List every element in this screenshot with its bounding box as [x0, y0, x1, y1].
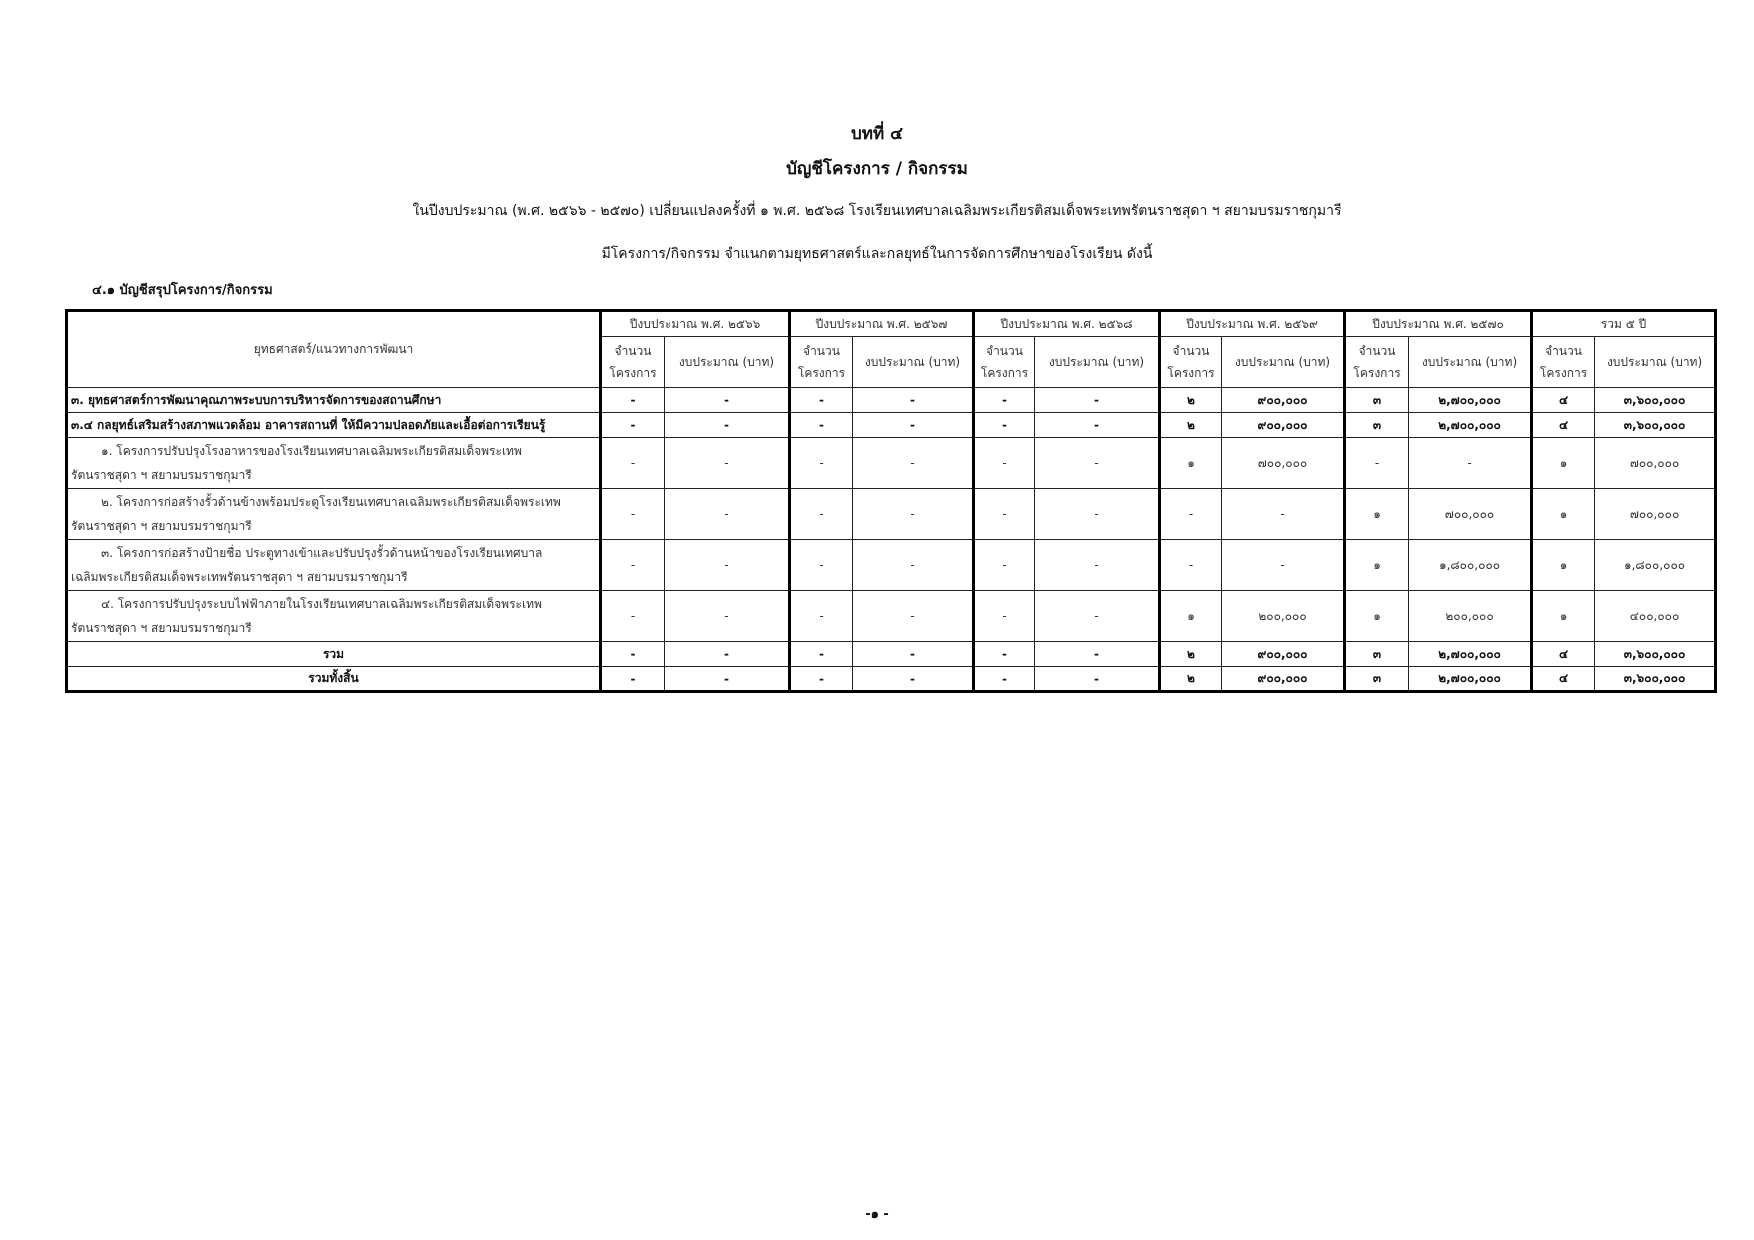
subtotal-label: รวม	[67, 642, 601, 667]
header-total-5-years: รวม ๕ ปี	[1532, 311, 1716, 337]
project-count-cell: -	[601, 438, 665, 489]
header-project-count: จำนวน โครงการ	[974, 337, 1035, 388]
table-row: ๓.๔ กลยุทธ์เสริมสร้างสภาพแวดล้อม อาคารสถ…	[67, 413, 1716, 438]
header-year-2568: ปีงบประมาณ พ.ศ. ๒๕๖๘	[974, 311, 1160, 337]
project-count-cell: -	[790, 642, 853, 667]
project-count-cell: -	[974, 591, 1035, 642]
table-row: ๒. โครงการก่อสร้างรั้วด้านข้างพร้อมประตู…	[67, 489, 1716, 540]
project-count-cell: -	[974, 489, 1035, 540]
budget-cell: -	[853, 591, 974, 642]
project-count-cell: -	[601, 388, 665, 413]
project-count-cell: -	[601, 642, 665, 667]
project-name-line-2: รัตนราชสุดา ฯ สยามบรมราชกุมารี	[71, 463, 595, 487]
budget-cell: ๒,๗๐๐,๐๐๐	[1409, 388, 1532, 413]
project-count-cell: -	[790, 489, 853, 540]
project-count-cell: -	[601, 667, 665, 692]
budget-cell: ๙๐๐,๐๐๐	[1222, 642, 1345, 667]
budget-cell: ๗๐๐,๐๐๐	[1222, 438, 1345, 489]
budget-cell: ๙๐๐,๐๐๐	[1222, 413, 1345, 438]
table-row: ๓. โครงการก่อสร้างป้ายชื่อ ประตูทางเข้าแ…	[67, 540, 1716, 591]
table-body: ๓. ยุทธศาสตร์การพัฒนาคุณภาพระบบการบริหาร…	[67, 388, 1716, 692]
budget-cell: -	[1409, 438, 1532, 489]
project-name-line-1: ๓. โครงการก่อสร้างป้ายชื่อ ประตูทางเข้าแ…	[101, 546, 542, 560]
budget-cell: -	[1035, 388, 1160, 413]
budget-cell: -	[665, 489, 790, 540]
header-budget: งบประมาณ (บาท)	[1222, 337, 1345, 388]
project-count-cell: ๑	[1345, 540, 1409, 591]
project-count-cell: -	[601, 591, 665, 642]
project-count-cell: -	[1160, 540, 1222, 591]
project-count-cell: ๑	[1160, 591, 1222, 642]
budget-cell: ๓,๖๐๐,๐๐๐	[1595, 388, 1716, 413]
project-count-cell: -	[601, 413, 665, 438]
budget-cell: -	[1222, 489, 1345, 540]
project-count-cell: ๑	[1532, 540, 1595, 591]
budget-cell: -	[853, 489, 974, 540]
project-count-cell: ๔	[1532, 642, 1595, 667]
project-count-cell: -	[601, 540, 665, 591]
header-project-count: จำนวน โครงการ	[1160, 337, 1222, 388]
header-strategy: ยุทธศาสตร์/แนวทางการพัฒนา	[67, 311, 601, 388]
project-count-cell: -	[974, 413, 1035, 438]
project-name: ๔. โครงการปรับปรุงระบบไฟฟ้าภายในโรงเรียน…	[67, 591, 601, 642]
table-row: รวมทั้งสิ้น------๒๙๐๐,๐๐๐๓๒,๗๐๐,๐๐๐๔๓,๖๐…	[67, 667, 1716, 692]
budget-cell: ๙๐๐,๐๐๐	[1222, 388, 1345, 413]
project-count-cell: -	[790, 438, 853, 489]
document-title: บัญชีโครงการ / กิจกรรม	[0, 155, 1754, 182]
project-name-line-2: รัตนราชสุดา ฯ สยามบรมราชกุมารี	[71, 616, 595, 640]
budget-cell: -	[1035, 489, 1160, 540]
budget-cell: -	[1035, 642, 1160, 667]
header-year-2567: ปีงบประมาณ พ.ศ. ๒๕๖๗	[790, 311, 974, 337]
project-count-cell: -	[1160, 489, 1222, 540]
header-budget: งบประมาณ (บาท)	[1409, 337, 1532, 388]
project-summary-table: ยุทธศาสตร์/แนวทางการพัฒนา ปีงบประมาณ พ.ศ…	[65, 309, 1717, 693]
budget-cell: -	[853, 540, 974, 591]
subtitle-line-1: ในปีงบประมาณ (พ.ศ. ๒๕๖๖ - ๒๕๗๐) เปลี่ยนแ…	[0, 200, 1754, 222]
project-count-cell: ๑	[1532, 489, 1595, 540]
budget-cell: -	[853, 388, 974, 413]
project-count-cell: -	[974, 540, 1035, 591]
budget-cell: -	[853, 667, 974, 692]
table-row: ๓. ยุทธศาสตร์การพัฒนาคุณภาพระบบการบริหาร…	[67, 388, 1716, 413]
header-budget: งบประมาณ (บาท)	[665, 337, 790, 388]
budget-cell: ๗๐๐,๐๐๐	[1595, 489, 1716, 540]
project-count-cell: ๑	[1532, 438, 1595, 489]
header-budget: งบประมาณ (บาท)	[1595, 337, 1716, 388]
budget-cell: ๑,๘๐๐,๐๐๐	[1595, 540, 1716, 591]
budget-cell: -	[853, 642, 974, 667]
page-number: -๑ -	[0, 1203, 1754, 1224]
project-count-cell: -	[974, 667, 1035, 692]
header-year-2570: ปีงบประมาณ พ.ศ. ๒๕๗๐	[1345, 311, 1532, 337]
budget-cell: -	[853, 438, 974, 489]
header-row-years: ยุทธศาสตร์/แนวทางการพัฒนา ปีงบประมาณ พ.ศ…	[67, 311, 1716, 337]
project-count-cell: -	[790, 388, 853, 413]
project-count-cell: ๒	[1160, 667, 1222, 692]
header-year-2566: ปีงบประมาณ พ.ศ. ๒๕๖๖	[601, 311, 790, 337]
header-year-2569: ปีงบประมาณ พ.ศ. ๒๕๖๙	[1160, 311, 1345, 337]
header-budget: งบประมาณ (บาท)	[1035, 337, 1160, 388]
table-row: ๔. โครงการปรับปรุงระบบไฟฟ้าภายในโรงเรียน…	[67, 591, 1716, 642]
project-name-line-2: เฉลิมพระเกียรติสมเด็จพระเทพรัตนราชสุดา ฯ…	[71, 565, 595, 589]
project-name-line-1: ๑. โครงการปรับปรุงโรงอาหารของโรงเรียนเทศ…	[101, 444, 522, 458]
budget-cell: ๒๐๐,๐๐๐	[1409, 591, 1532, 642]
budget-cell: -	[665, 540, 790, 591]
budget-cell: ๗๐๐,๐๐๐	[1595, 438, 1716, 489]
budget-cell: ๔๐๐,๐๐๐	[1595, 591, 1716, 642]
project-count-cell: -	[790, 540, 853, 591]
header-project-count: จำนวน โครงการ	[1345, 337, 1409, 388]
project-count-cell: -	[974, 388, 1035, 413]
budget-cell: ๒๐๐,๐๐๐	[1222, 591, 1345, 642]
project-name: ๑. โครงการปรับปรุงโรงอาหารของโรงเรียนเทศ…	[67, 438, 601, 489]
budget-cell: ๓,๖๐๐,๐๐๐	[1595, 667, 1716, 692]
budget-cell: -	[1222, 540, 1345, 591]
project-name-line-1: ๔. โครงการปรับปรุงระบบไฟฟ้าภายในโรงเรียน…	[101, 597, 542, 611]
project-count-cell: ๓	[1345, 388, 1409, 413]
table-row: รวม------๒๙๐๐,๐๐๐๓๒,๗๐๐,๐๐๐๔๓,๖๐๐,๐๐๐	[67, 642, 1716, 667]
budget-cell: -	[1035, 540, 1160, 591]
subtitle-line-2: มีโครงการ/กิจกรรม จำแนกตามยุทธศาสตร์และก…	[0, 243, 1754, 265]
grand-total-label: รวมทั้งสิ้น	[67, 667, 601, 692]
budget-cell: -	[1035, 591, 1160, 642]
project-count-cell: ๓	[1345, 667, 1409, 692]
budget-cell: -	[665, 667, 790, 692]
budget-cell: -	[1035, 667, 1160, 692]
project-name-line-2: รัตนราชสุดา ฯ สยามบรมราชกุมารี	[71, 514, 595, 538]
budget-cell: -	[665, 438, 790, 489]
project-count-cell: -	[790, 413, 853, 438]
project-count-cell: -	[974, 642, 1035, 667]
project-count-cell: ๒	[1160, 642, 1222, 667]
project-count-cell: ๔	[1532, 388, 1595, 413]
project-count-cell: ๔	[1532, 667, 1595, 692]
project-count-cell: ๒	[1160, 413, 1222, 438]
project-count-cell: ๑	[1532, 591, 1595, 642]
budget-cell: -	[665, 388, 790, 413]
project-count-cell: ๑	[1345, 489, 1409, 540]
budget-cell: ๑,๘๐๐,๐๐๐	[1409, 540, 1532, 591]
budget-cell: ๗๐๐,๐๐๐	[1409, 489, 1532, 540]
project-count-cell: ๑	[1160, 438, 1222, 489]
project-count-cell: ๒	[1160, 388, 1222, 413]
project-count-cell: -	[790, 591, 853, 642]
project-count-cell: -	[790, 667, 853, 692]
project-count-cell: ๓	[1345, 413, 1409, 438]
table-row: ๑. โครงการปรับปรุงโรงอาหารของโรงเรียนเทศ…	[67, 438, 1716, 489]
project-count-cell: ๔	[1532, 413, 1595, 438]
budget-cell: ๒,๗๐๐,๐๐๐	[1409, 413, 1532, 438]
tactic-label: ๓.๔ กลยุทธ์เสริมสร้างสภาพแวดล้อม อาคารสถ…	[67, 413, 601, 438]
budget-cell: -	[853, 413, 974, 438]
budget-cell: ๓,๖๐๐,๐๐๐	[1595, 413, 1716, 438]
project-count-cell: -	[601, 489, 665, 540]
project-name: ๒. โครงการก่อสร้างรั้วด้านข้างพร้อมประตู…	[67, 489, 601, 540]
strategy-label: ๓. ยุทธศาสตร์การพัฒนาคุณภาพระบบการบริหาร…	[67, 388, 601, 413]
budget-cell: ๒,๗๐๐,๐๐๐	[1409, 667, 1532, 692]
budget-cell: -	[665, 413, 790, 438]
project-name: ๓. โครงการก่อสร้างป้ายชื่อ ประตูทางเข้าแ…	[67, 540, 601, 591]
project-name-line-1: ๒. โครงการก่อสร้างรั้วด้านข้างพร้อมประตู…	[101, 495, 561, 509]
budget-cell: -	[1035, 438, 1160, 489]
header-project-count: จำนวน โครงการ	[601, 337, 665, 388]
project-count-cell: -	[1345, 438, 1409, 489]
budget-cell: -	[665, 591, 790, 642]
budget-cell: -	[665, 642, 790, 667]
header-project-count: จำนวน โครงการ	[790, 337, 853, 388]
budget-cell: ๙๐๐,๐๐๐	[1222, 667, 1345, 692]
project-count-cell: ๑	[1345, 591, 1409, 642]
header-budget: งบประมาณ (บาท)	[853, 337, 974, 388]
budget-cell: -	[1035, 413, 1160, 438]
project-count-cell: ๓	[1345, 642, 1409, 667]
header-project-count: จำนวน โครงการ	[1532, 337, 1595, 388]
chapter-heading: บทที่ ๔	[0, 120, 1754, 147]
budget-cell: ๒,๗๐๐,๐๐๐	[1409, 642, 1532, 667]
budget-cell: ๓,๖๐๐,๐๐๐	[1595, 642, 1716, 667]
section-heading: ๔.๑ บัญชีสรุปโครงการ/กิจกรรม	[92, 279, 273, 300]
project-count-cell: -	[974, 438, 1035, 489]
